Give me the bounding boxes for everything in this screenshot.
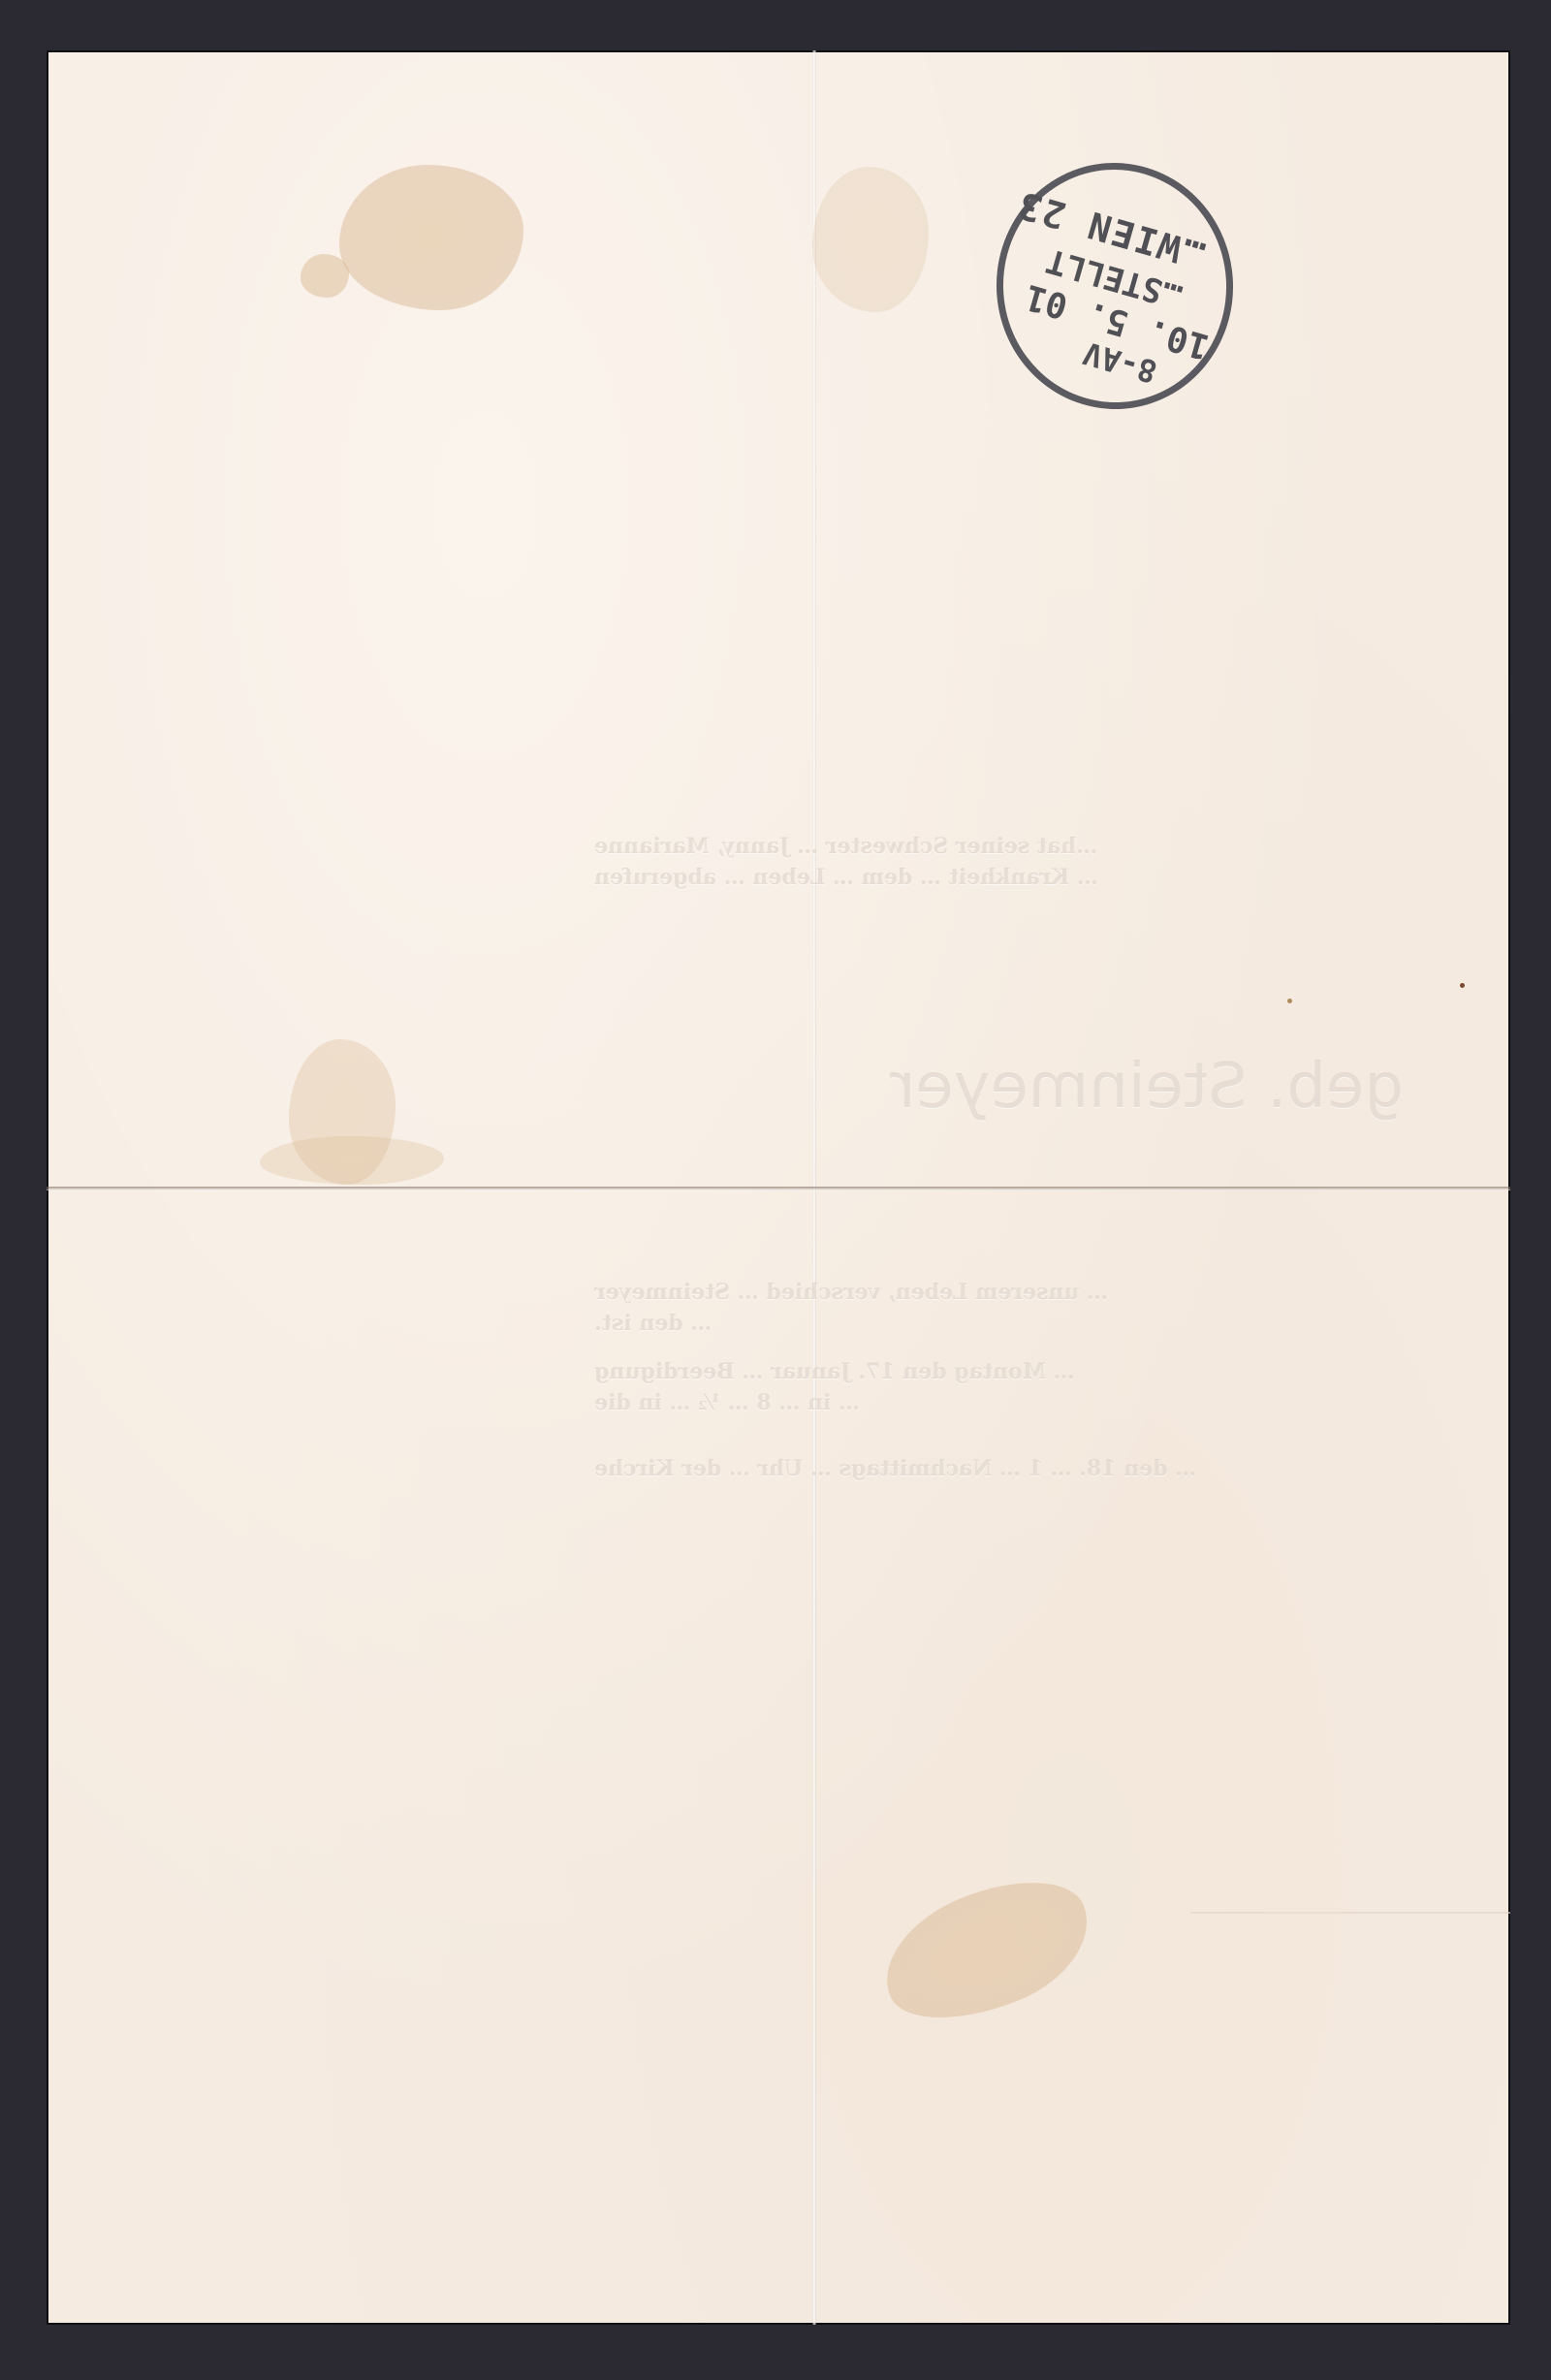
horizontal-fold-crease <box>47 1187 1510 1190</box>
stain-top-left <box>339 165 523 310</box>
show-through-line-2: … Krankheit … dem … Leben … abgerufen <box>594 865 1098 890</box>
show-through-line-1: …hat seiner Schwester … Janny, Marianne <box>594 834 1097 859</box>
letter-paper: …WIEN 23 …STELLT 10. 5. 01 8-AV …hat sei… <box>47 50 1510 2325</box>
speck <box>1460 983 1465 988</box>
stain-bottom-center <box>867 1856 1108 2045</box>
postmark-stamp: …WIEN 23 …STELLT 10. 5. 01 8-AV <box>988 155 1241 417</box>
stain-top-center <box>812 167 929 312</box>
show-through-line-4: … den ist. <box>594 1311 712 1336</box>
speck <box>1287 999 1292 1003</box>
show-through-line-5: … Montag den 17. Januar … Beerdigung <box>594 1359 1075 1384</box>
show-through-line-6: … in … 8 … ½ … in die <box>594 1390 860 1415</box>
faint-signature-rule <box>1190 1912 1510 1914</box>
show-through-line-7: … den 18. … 1 … Nachmittags … Uhr … der … <box>594 1456 1196 1481</box>
stain-mid-left-base <box>260 1136 444 1185</box>
show-through-heading: geb. Steinmeyer <box>890 1051 1404 1123</box>
show-through-line-3: … unserem Leben, verschied … Steinmeyer <box>594 1280 1108 1305</box>
stain-top-left-small <box>301 254 349 298</box>
